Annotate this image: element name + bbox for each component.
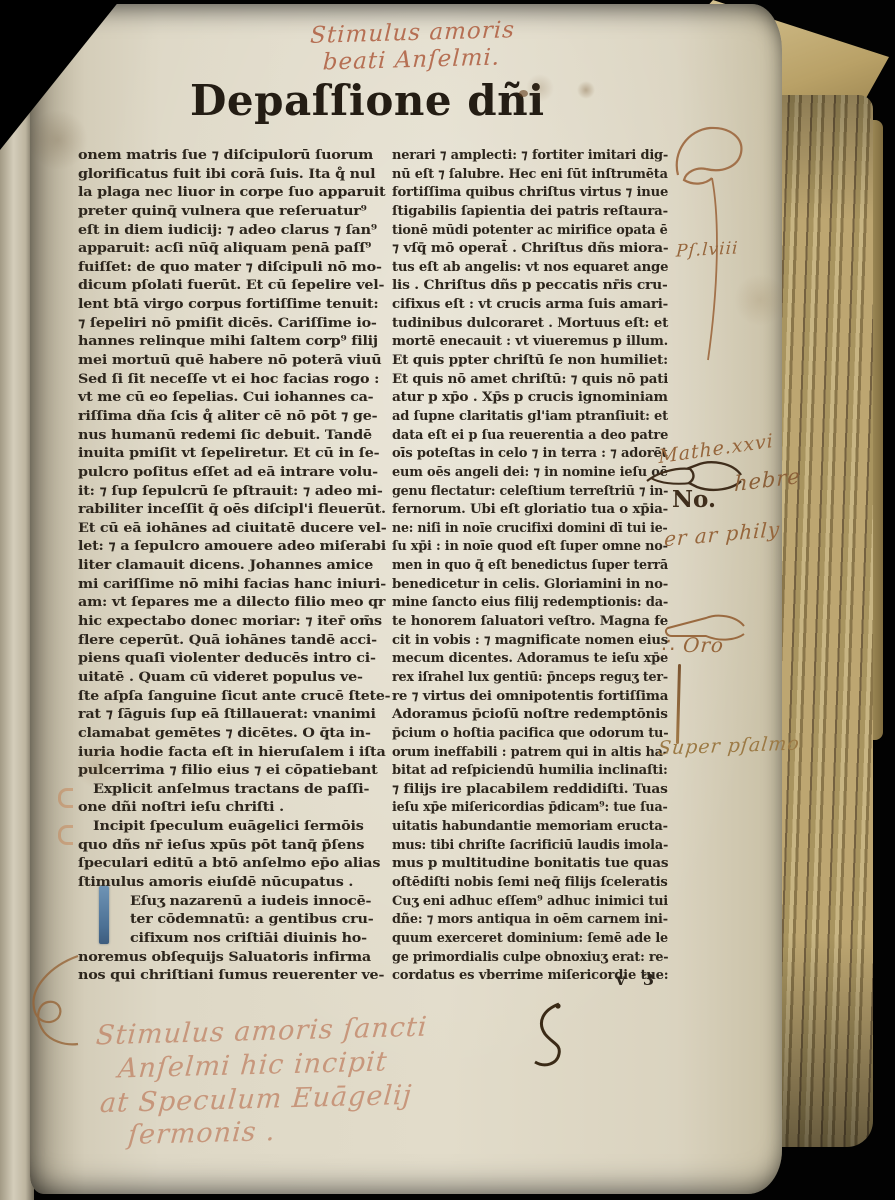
text-line: apparuit: acſi nūq̄ aliquam penā paſſ⁹ [78,239,390,258]
text-line: ⁊ ſepeliri nō pmiſit dicēs. Cariſſime io… [78,314,390,333]
text-line: am: vt ſepares me a dilecto filio meo qr [78,593,390,612]
fore-edge-page-stack [767,95,873,1147]
text-line: la plaga nec liuor in corpe ſuo apparuit [78,183,390,202]
text-line: mei mortuū quē habere nō poterā viuū [78,351,390,370]
text-line: oſtēdiſti nobis ſemi neq̄ filijs ſcelera… [392,873,668,892]
text-line: mus: tibi chriſte ſacrificiū laudis imol… [392,836,668,855]
text-line: data eſt ei p ſua reuerentia a deo patre [392,426,668,445]
text-line: rat ⁊ ſāguis ſup eā ſtillauerat: vnanimi [78,705,390,724]
text-line: inuita pmiſit vt ſepeliretur. Et cū in ſ… [78,444,390,463]
text-line: te honorem ſaluatori veſtro. Magna fe [392,612,668,631]
text-line: tus eſt ab angelis: vt nos equaret ange [392,258,668,277]
text-line: iuria hodie facta eſt in hieruſalem i iſ… [78,743,390,762]
text-line: p̄cium o hoſtia pacifica que odorum tu- [392,724,668,743]
text-line: benedicetur in celis. Gloriamini in no- [392,575,668,594]
text-line: tionē mūdi potenter ac mirifice opata ē [392,221,668,240]
text-column-left: onem matris ſue ⁊ diſcipulorū ſuorumglor… [78,146,390,985]
text-line: onem matris ſue ⁊ diſcipulorū ſuorum [78,146,390,165]
paraph-mark-icon [58,825,73,845]
text-line: lis . Chriſtus dñs p peccatis nr̄is cru- [392,276,668,295]
text-line: ⁊ filijs ire placabilem reddidiſti. Tuas [392,780,668,799]
text-line: pulcro poſitus eſſet ad eā intrare volu- [78,463,390,482]
text-line: mecum dicentes. Adoramus te ieſu xp̄e [392,649,668,668]
text-column-right: nerari ⁊ amplecti: ⁊ fortiter imitari di… [392,146,668,985]
text-line: glorificatus fuit ibi corā ſuis. Ita q̊ … [78,165,390,184]
text-line: let: ⁊ a ſepulcro amouere adeo miſerabi [78,537,390,556]
text-line: eſt in diem iudicij: ⁊ adeo clarus ⁊ ſan… [78,221,390,240]
text-line: lent btā virgo corpus fortiſſime tenuit: [78,295,390,314]
text-line: atur p xp̄o . Xp̄s p crucis ignominiam [392,388,668,407]
margin-note-oro: ∴ Oro [661,633,725,657]
text-line: ſtimulus amoris eiuſdē nūcupatus . [78,873,390,892]
text-line: cifixum nos criſtiāi diuinis ho- [78,929,390,948]
text-line: ad ſupne claritatis gl'iam ptranſiuit: e… [392,407,668,426]
text-line: ſpeculari editū a btō anſelmo ep̄o alias [78,854,390,873]
text-line: quo dñs nr̄ ieſus xpūs pōt tanq̄ p̄ſens [78,836,390,855]
text-line: Cuʒ eni adhuc eſſem⁹ adhuc inimici tui [392,892,668,911]
text-line: Eſuʒ nazarenū a iudeis innocē- [78,892,390,911]
text-line: rex iſrahel lux gentiū: p̄nceps reguʒ te… [392,668,668,687]
text-line: mortē enecauit : vt viueremus p illum. [392,332,668,351]
text-line: liter clamauit dicens. Johannes amice [78,556,390,575]
text-line: oīs poteſtas in celo ⁊ in terra : ⁊ ador… [392,444,668,463]
text-line: fortiſſima quibus chriſtus virtus ⁊ inue [392,183,668,202]
ink-blot-icon [519,90,528,97]
text-line: piens quaſi violenter deducēs intro ci- [78,649,390,668]
text-line: uitatē . Quam cū videret populus ve- [78,668,390,687]
manuscript-header-note: Stimulus amoris beati Anſelmi. [291,17,533,78]
text-line: nerari ⁊ amplecti: ⁊ fortiter imitari di… [392,146,668,165]
text-line: fernorum. Ubi eſt gloriatio tua o xp̄ia- [392,500,668,519]
text-line: dñe: ⁊ mors antiqua in oēm carnem ini- [392,910,668,929]
text-line: ſu xp̄i : in noīe quod eſt ſuper omne no… [392,537,668,556]
text-line: ne: niſi in noīe crucifixi domini dī tui… [392,519,668,538]
text-line: genu flectatur: celeſtium terreſtriū ⁊ i… [392,482,668,501]
text-line: orum ineffabili : patrem qui in altis ha… [392,743,668,762]
text-line: mus p multitudine bonitatis tue quas [392,854,668,873]
text-line: ſtigabilis ſapientia dei patris reſtaura… [392,202,668,221]
text-line: hic expectabo donec moriar: ⁊ iter̄ om̄s [78,612,390,631]
text-line: fuiſſet: de quo mater ⁊ diſcipuli nō mo- [78,258,390,277]
text-line: Explicit anſelmus tractans de paſſi- [78,780,390,799]
text-line: quum exerceret dominium: ſemē ade le [392,929,668,948]
text-line: Et quis ppter chriſtū ſe non humiliet: [392,351,668,370]
text-line: riſſima dña ſcis q̊ aliter cē nō pōt ⁊ g… [78,407,390,426]
text-line: ieſu xp̄e miſericordias p̄dicam⁹: tue ſu… [392,798,668,817]
text-line: cit in vobis : ⁊ magnificate nomen eius [392,631,668,650]
text-line: uitatis habundantie memoriam eructa- [392,817,668,836]
bottom-note-line4: ſermonis . [127,1116,277,1151]
text-line: one dñi noſtri ieſu chriſti . [78,798,390,817]
ink-squiggle-icon [525,1000,573,1072]
text-line: mine ſancto eius filij redemptionis: da- [392,593,668,612]
text-line: ſte aſpſa ſanguine ſicut ante crucē ſtet… [78,687,390,706]
text-line: preter quinq̄ vulnera que reſeruatur⁹ [78,202,390,221]
text-line: Adoramus p̄cioſū noſtre redemptōnis [392,705,668,724]
text-line: ⁊ vſq̄ mō operat̄ . Chriſtus dñs miora- [392,239,668,258]
page-title: Depaſſione dñi [190,76,545,125]
text-line: Sed ſi ſit neceſſe vt ei hoc facias rogo… [78,370,390,389]
text-line: men in quo q̄ eſt benedictus ſuper terrā [392,556,668,575]
text-line: eum oēs angeli dei: ⁊ in nomine ieſu oē [392,463,668,482]
text-line: it: ⁊ ſup ſepulcrū ſe pſtrauit: ⁊ adeo m… [78,482,390,501]
text-line: Et cū eā iohānes ad ciuitatē ducere vel- [78,519,390,538]
text-line: pulcerrima ⁊ filio eius ⁊ ei cōpatiebant [78,761,390,780]
text-line: ge primordialis culpe obnoxiuʒ erat: re- [392,948,668,967]
paraph-mark-icon [58,788,73,808]
margin-note-psalm: Pſ.lviii [676,238,739,261]
text-line: bitat ad reſpiciendū humilia inclinaſti: [392,761,668,780]
text-line: ter cōdemnatū: a gentibus cru- [78,910,390,929]
text-line: noremus obſequijs Saluatoris infirma [78,948,390,967]
margin-note-nota: No. [672,486,716,513]
text-line: Incipit ſpeculum euāgelici ſermōis [78,817,390,836]
text-line: cifixus eſt : vt crucis arma ſuis amari- [392,295,668,314]
book-photograph: Stimulus amoris beati Anſelmi. Depaſſion… [0,0,895,1200]
text-line: nos qui chriſtiani ſumus reuerenter ve- [78,966,390,985]
text-line: flere ceperūt. Quā iohānes tandē acci- [78,631,390,650]
text-line: clamabat gemētes ⁊ dicētes. O q̄ta in- [78,724,390,743]
text-line: Et quis nō amet chriſtū: ⁊ quis nō pati [392,370,668,389]
text-line: rabiliter inceſſit q̄ oēs diſcipl'i fleu… [78,500,390,519]
ink-flourish-icon [20,948,95,1053]
quire-signature: v 3 [616,970,660,989]
text-line: re ⁊ virtus dei omnipotentis fortiſſima [392,687,668,706]
text-line: dicum pſolati fuerūt. Et cū ſepelire vel… [78,276,390,295]
text-line: nus humanū redemi ſic debuit. Tandē [78,426,390,445]
text-line: vt me cū eo ſepelias. Cui iohannes ca- [78,388,390,407]
blue-lombard-initial-icon [99,886,109,944]
text-line: tudinibus dulcoraret . Mortuus eſt: et [392,314,668,333]
text-line: hannes relinque mihi ſaltem corp⁹ filij [78,332,390,351]
text-line: nū eſt ⁊ ſalubre. Hec eni ſūt inſtrumēta [392,165,668,184]
text-line: mi cariſſime nō mihi facias hanc iniuri- [78,575,390,594]
